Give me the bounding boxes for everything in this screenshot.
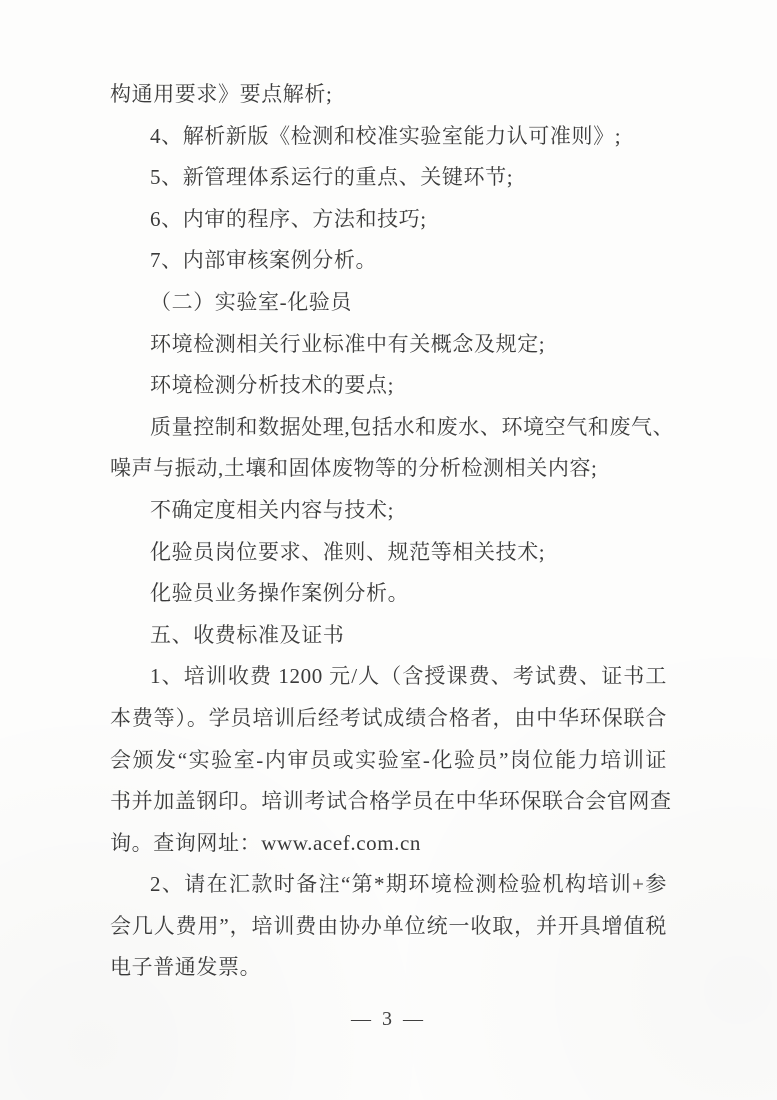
document-page: 构通用要求》要点解析; 4、解析新版《检测和校准实验室能力认可准则》; 5、新管… <box>0 0 777 1100</box>
list-item-4: 4、解析新版《检测和校准实验室能力认可准则》; <box>110 116 667 158</box>
paragraph-fee-line-4: 书并加盖钢印。培训考试合格学员在中华环保联合会官网查 <box>110 781 667 823</box>
website-url-line: 询。查询网址：www.acef.com.cn <box>110 823 667 865</box>
text-line: 化验员业务操作案例分析。 <box>110 573 667 615</box>
page-number: — 3 — <box>110 1004 667 1034</box>
text-line: 环境检测相关行业标准中有关概念及规定; <box>110 324 667 366</box>
list-item-7: 7、内部审核案例分析。 <box>110 240 667 282</box>
list-item-6: 6、内审的程序、方法和技巧; <box>110 199 667 241</box>
text-line: 环境检测分析技术的要点; <box>110 365 667 407</box>
text-line: 化验员岗位要求、准则、规范等相关技术; <box>110 532 667 574</box>
list-item-5: 5、新管理体系运行的重点、关键环节; <box>110 157 667 199</box>
paragraph-fee-line-1: 1、培训收费 1200 元/人（含授课费、考试费、证书工 <box>110 656 667 698</box>
paragraph-remit-line-3: 电子普通发票。 <box>110 947 667 989</box>
text-line: 质量控制和数据处理,包括水和废水、环境空气和废气、 <box>110 407 667 449</box>
section-heading-fees-and-certificate: 五、收费标准及证书 <box>110 615 667 657</box>
paragraph-remit-line-1: 2、请在汇款时备注“第*期环境检测检验机构培训+参 <box>110 864 667 906</box>
subsection-heading-lab-technician: （二）实验室-化验员 <box>110 282 667 324</box>
paragraph-fee-line-2: 本费等）。学员培训后经考试成绩合格者，由中华环保联合 <box>110 698 667 740</box>
text-line: 噪声与振动,土壤和固体废物等的分析检测相关内容; <box>110 448 667 490</box>
text-line: 不确定度相关内容与技术; <box>110 490 667 532</box>
paragraph-fee-line-3: 会颁发“实验室-内审员或实验室-化验员”岗位能力培训证 <box>110 740 667 782</box>
document-text-block: 构通用要求》要点解析; 4、解析新版《检测和校准实验室能力认可准则》; 5、新管… <box>110 74 667 989</box>
text-line-continuation: 构通用要求》要点解析; <box>110 74 667 116</box>
paragraph-remit-line-2: 会几人费用”，培训费由协办单位统一收取，并开具增值税 <box>110 906 667 948</box>
